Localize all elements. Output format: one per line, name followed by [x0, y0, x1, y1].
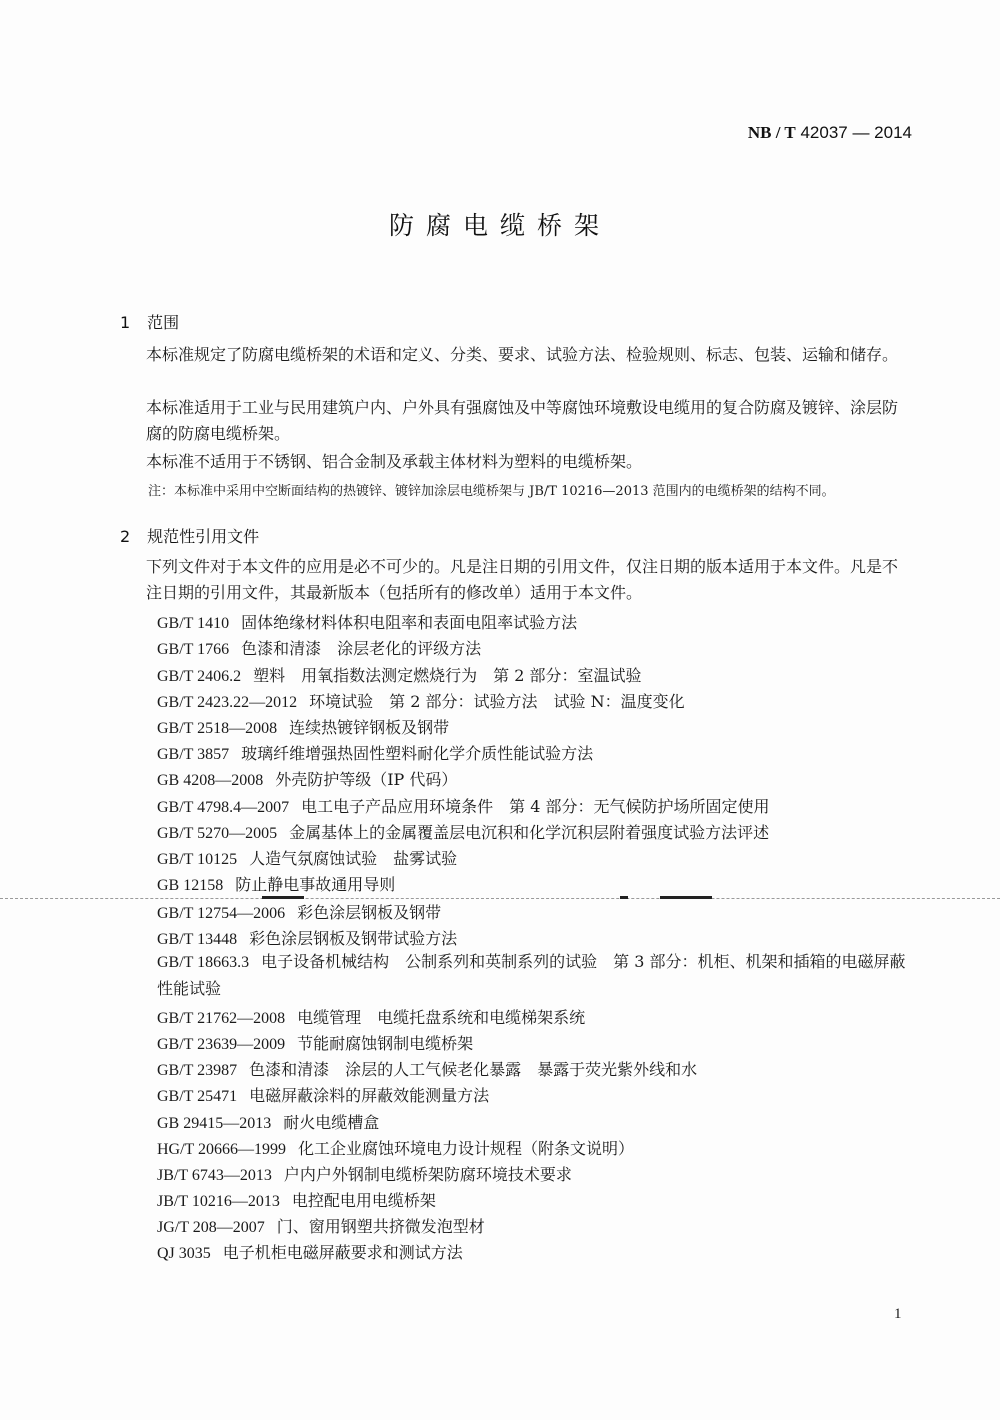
reference-item: JG/T 208—2007门、窗用钢塑共挤微发泡型材	[157, 1214, 485, 1237]
paragraph-text: 本标准不适用于不锈钢、铝合金制及承载主体材料为塑料的电缆桥架。	[113, 449, 913, 475]
paragraph: 下列文件对于本文件的应用是必不可少的。凡是注日期的引用文件，仅注日期的版本适用于…	[113, 554, 913, 606]
reference-title: 金属基体上的金属覆盖层电沉积和化学沉积层附着强度试验方法评述	[289, 823, 769, 842]
section-title: 规范性引用文件	[147, 527, 259, 546]
reference-item: GB 4208—2008外壳防护等级（IP 代码）	[157, 767, 457, 790]
reference-title: 连续热镀锌钢板及钢带	[289, 718, 449, 737]
document-title: 防腐电缆桥架	[0, 206, 1000, 242]
reference-title: 彩色涂层钢板及钢带	[297, 903, 441, 922]
reference-code: GB 4208—2008	[157, 772, 263, 789]
reference-item: GB/T 2423.22—2012环境试验 第 2 部分：试验方法 试验 N：温…	[157, 689, 685, 712]
reference-item: GB/T 3857玻璃纤维增强热固性塑料耐化学介质性能试验方法	[157, 741, 593, 764]
paragraph-text: 本标准适用于工业与民用建筑户内、户外具有强腐蚀及中等腐蚀环境敷设电缆用的复合防腐…	[113, 395, 913, 447]
reference-code: GB 12158	[157, 877, 223, 894]
reference-code: JG/T 208—2007	[157, 1219, 265, 1236]
standard-number: NB / T 42037 — 2014	[748, 123, 912, 143]
reference-code: QJ 3035	[157, 1245, 211, 1262]
note: 注：本标准中采用中空断面结构的热镀锌、镀锌加涂层电缆桥架与 JB/T 10216…	[148, 480, 928, 499]
paragraph: 本标准适用于工业与民用建筑户内、户外具有强腐蚀及中等腐蚀环境敷设电缆用的复合防腐…	[113, 395, 913, 447]
reference-item: GB/T 1410固体绝缘材料体积电阻率和表面电阻率试验方法	[157, 610, 577, 633]
reference-item: GB/T 12754—2006彩色涂层钢板及钢带	[157, 900, 441, 923]
reference-title: 节能耐腐蚀钢制电缆桥架	[297, 1034, 473, 1053]
section-number: 2	[120, 527, 142, 546]
scan-artifact-line	[0, 898, 1000, 899]
reference-code: GB/T 10125	[157, 851, 237, 868]
reference-title: 色漆和清漆 涂层老化的评级方法	[241, 639, 481, 658]
page-number: 1	[894, 1306, 902, 1323]
scan-artifact-mark	[620, 896, 628, 899]
reference-code: GB/T 2518—2008	[157, 720, 277, 737]
reference-item: QJ 3035电子机柜电磁屏蔽要求和测试方法	[157, 1240, 463, 1263]
scan-artifact-mark	[660, 896, 712, 899]
paragraph: 本标准规定了防腐电缆桥架的术语和定义、分类、要求、试验方法、检验规则、标志、包装…	[113, 342, 913, 368]
scan-artifact-mark	[262, 896, 304, 899]
reference-title: 外壳防护等级（IP 代码）	[275, 770, 457, 789]
reference-code: GB/T 23987	[157, 1062, 237, 1079]
paragraph-text: 本标准规定了防腐电缆桥架的术语和定义、分类、要求、试验方法、检验规则、标志、包装…	[113, 342, 913, 368]
reference-code: GB/T 25471	[157, 1088, 237, 1105]
reference-title: 门、窗用钢塑共挤微发泡型材	[277, 1217, 485, 1236]
reference-item: GB/T 18663.3电子设备机械结构 公制系列和英制系列的试验 第 3 部分…	[113, 949, 913, 1002]
reference-title: 塑料 用氧指数法测定燃烧行为 第 2 部分：室温试验	[253, 666, 641, 685]
reference-item: GB/T 23639—2009节能耐腐蚀钢制电缆桥架	[157, 1031, 473, 1054]
paragraph-text: 下列文件对于本文件的应用是必不可少的。凡是注日期的引用文件，仅注日期的版本适用于…	[113, 554, 913, 606]
reference-code: JB/T 6743—2013	[157, 1167, 272, 1184]
reference-code: HG/T 20666—1999	[157, 1141, 286, 1158]
section-title: 范围	[147, 313, 179, 332]
reference-title: 彩色涂层钢板及钢带试验方法	[249, 929, 457, 948]
reference-title: 耐火电缆槽盒	[283, 1113, 379, 1132]
reference-code: GB/T 1766	[157, 641, 229, 658]
reference-item: GB/T 13448彩色涂层钢板及钢带试验方法	[157, 926, 457, 949]
reference-code: GB/T 3857	[157, 746, 229, 763]
reference-code: GB/T 12754—2006	[157, 905, 285, 922]
section-number: 1	[120, 313, 142, 332]
document-page: NB / T 42037 — 2014 防腐电缆桥架 1 范围 本标准规定了防腐…	[0, 0, 1000, 1420]
reference-item: GB/T 10125人造气氛腐蚀试验 盐雾试验	[157, 846, 457, 869]
reference-title: 防止静电事故通用导则	[235, 875, 395, 894]
reference-code: GB/T 2423.22—2012	[157, 694, 297, 711]
reference-title: 环境试验 第 2 部分：试验方法 试验 N：温度变化	[309, 692, 684, 711]
reference-item: GB/T 2406.2塑料 用氧指数法测定燃烧行为 第 2 部分：室温试验	[157, 663, 642, 686]
reference-item: JB/T 10216—2013电控配电用电缆桥架	[157, 1188, 436, 1211]
reference-title: 电工电子产品应用环境条件 第 4 部分：无气候防护场所固定使用	[301, 797, 769, 816]
reference-title: 电子设备机械结构 公制系列和英制系列的试验 第 3 部分：机柜、机架和插箱的电磁…	[157, 952, 906, 998]
reference-title: 电子机柜电磁屏蔽要求和测试方法	[223, 1243, 463, 1262]
reference-item: GB/T 2518—2008连续热镀锌钢板及钢带	[157, 715, 449, 738]
reference-item: GB/T 23987色漆和清漆 涂层的人工气候老化暴露 暴露于荧光紫外线和水	[157, 1057, 697, 1080]
section-heading-normative-references: 2 规范性引用文件	[120, 524, 259, 547]
standard-code: 42037 — 2014	[800, 123, 912, 142]
reference-code: GB/T 18663.3	[157, 954, 249, 971]
reference-title: 电磁屏蔽涂料的屏蔽效能测量方法	[249, 1086, 489, 1105]
reference-title: 玻璃纤维增强热固性塑料耐化学介质性能试验方法	[241, 744, 593, 763]
reference-item: GB 12158防止静电事故通用导则	[157, 872, 395, 895]
reference-item: GB/T 5270—2005金属基体上的金属覆盖层电沉积和化学沉积层附着强度试验…	[157, 820, 769, 843]
reference-title: 电控配电用电缆桥架	[292, 1191, 436, 1210]
reference-code: JB/T 10216—2013	[157, 1193, 280, 1210]
reference-code: GB/T 5270—2005	[157, 825, 277, 842]
reference-code: GB/T 23639—2009	[157, 1036, 285, 1053]
standard-prefix: NB / T	[748, 123, 796, 142]
reference-code: GB 29415—2013	[157, 1115, 271, 1132]
paragraph: 本标准不适用于不锈钢、铝合金制及承载主体材料为塑料的电缆桥架。	[113, 449, 913, 475]
reference-item: JB/T 6743—2013户内户外钢制电缆桥架防腐环境技术要求	[157, 1162, 572, 1185]
reference-title: 人造气氛腐蚀试验 盐雾试验	[249, 849, 457, 868]
reference-item: GB/T 25471电磁屏蔽涂料的屏蔽效能测量方法	[157, 1083, 489, 1106]
reference-title: 电缆管理 电缆托盘系统和电缆梯架系统	[297, 1008, 585, 1027]
reference-code: GB/T 21762—2008	[157, 1010, 285, 1027]
reference-item: GB 29415—2013耐火电缆槽盒	[157, 1110, 379, 1133]
reference-code: GB/T 2406.2	[157, 668, 241, 685]
reference-title: 固体绝缘材料体积电阻率和表面电阻率试验方法	[241, 613, 577, 632]
reference-code: GB/T 4798.4—2007	[157, 799, 289, 816]
reference-item: GB/T 4798.4—2007电工电子产品应用环境条件 第 4 部分：无气候防…	[157, 794, 770, 817]
reference-item: HG/T 20666—1999化工企业腐蚀环境电力设计规程（附条文说明）	[157, 1136, 634, 1159]
reference-code: GB/T 1410	[157, 615, 229, 632]
reference-item: GB/T 21762—2008电缆管理 电缆托盘系统和电缆梯架系统	[157, 1005, 585, 1028]
reference-item: GB/T 1766色漆和清漆 涂层老化的评级方法	[157, 636, 481, 659]
section-heading-scope: 1 范围	[120, 310, 179, 333]
reference-title: 色漆和清漆 涂层的人工气候老化暴露 暴露于荧光紫外线和水	[249, 1060, 697, 1079]
reference-title: 户内户外钢制电缆桥架防腐环境技术要求	[284, 1165, 572, 1184]
reference-code: GB/T 13448	[157, 931, 237, 948]
reference-title: 化工企业腐蚀环境电力设计规程（附条文说明）	[298, 1139, 634, 1158]
